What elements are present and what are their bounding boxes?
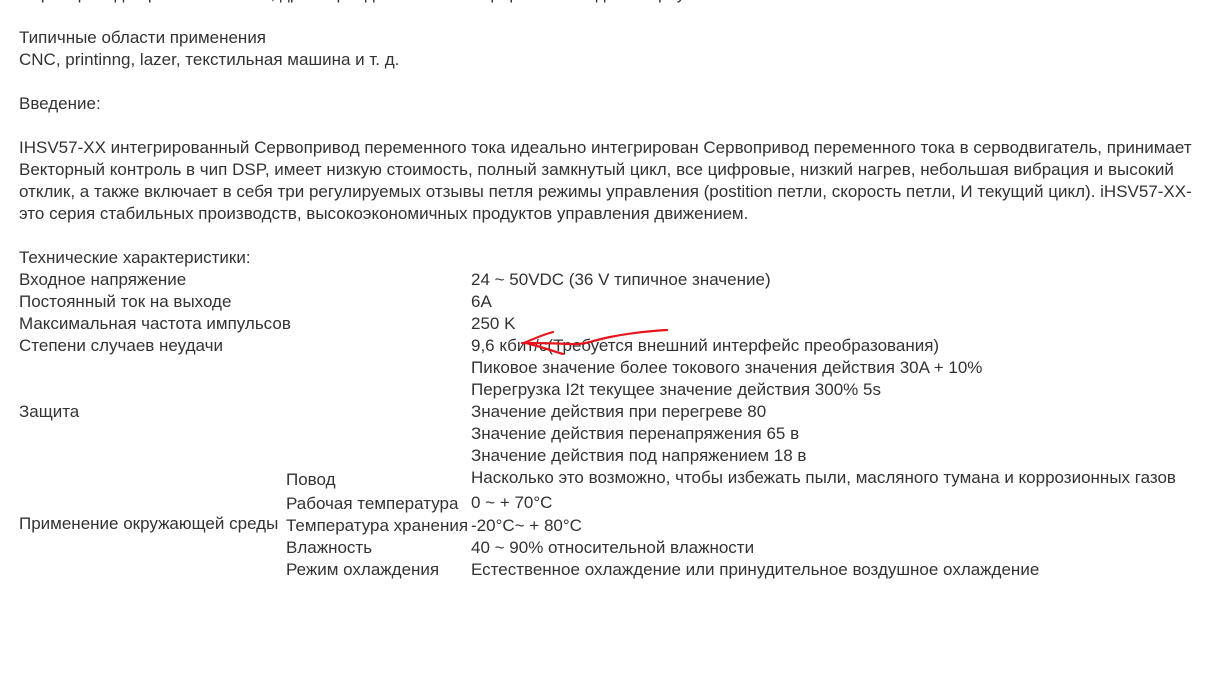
env-label: Режим охлаждения: [286, 559, 471, 581]
env-value: 0 ~ + 70°C: [471, 491, 1204, 515]
spec-value: 6A: [471, 291, 1204, 313]
spec-label: Защита: [19, 401, 471, 467]
env-value: 40 ~ 90% относительной влажности: [471, 537, 1204, 559]
spec-label: Входное напряжение: [19, 269, 471, 291]
spec-value: 24 ~ 50VDC (36 V типичное значение): [471, 269, 1204, 291]
introduction-text: IHSV57-XX интегрированный Сервопривод пе…: [19, 137, 1199, 225]
env-label: Температура хранения: [286, 515, 471, 537]
spec-row: Защита Значение действия при перегреве 8…: [19, 401, 1204, 467]
specs-table: Входное напряжение 24 ~ 50VDC (36 V типи…: [19, 269, 1204, 581]
spec-row: Степени случаев неудачи 9,6 кбит/с(Требу…: [19, 335, 1204, 401]
specs-heading: Технические характеристики:: [19, 247, 1204, 269]
env-label: Рабочая температура: [286, 491, 471, 515]
env-group-label: Применение окружающей среды: [19, 467, 286, 581]
spec-value-highlighted: 250 K: [471, 313, 1204, 335]
spec-value: Значение действия при перегреве 80 Значе…: [471, 401, 1204, 467]
spec-value: 9,6 кбит/с(Требуется внешний интерфейс п…: [471, 335, 1204, 401]
spec-label: Постоянный ток на выходе: [19, 291, 471, 313]
spec-row: Входное напряжение 24 ~ 50VDC (36 V типи…: [19, 269, 1204, 291]
env-row: Применение окружающей среды Повод Наскол…: [19, 467, 1204, 491]
env-value: Насколько это возможно, чтобы избежать п…: [471, 467, 1204, 491]
env-value: -20°C~ + 80°C: [471, 515, 1204, 537]
introduction-heading: Введение:: [19, 93, 1204, 115]
spec-row: Постоянный ток на выходе 6A: [19, 291, 1204, 313]
spec-label: Максимальная частота импульсов: [19, 313, 471, 335]
spec-label: Степени случаев неудачи: [19, 335, 471, 401]
env-label: Повод: [286, 467, 471, 491]
applications-heading: Типичные области применения: [19, 27, 1204, 49]
applications-text: CNC, printinng, lazer, текстильная машин…: [19, 49, 1204, 71]
env-label: Влажность: [286, 537, 471, 559]
document-page: Сервопривод переменного тока, драйвер и …: [19, 0, 1204, 581]
env-value: Естественное охлаждение или принудительн…: [471, 559, 1204, 581]
spec-row: Максимальная частота импульсов 250 K: [19, 313, 1204, 335]
